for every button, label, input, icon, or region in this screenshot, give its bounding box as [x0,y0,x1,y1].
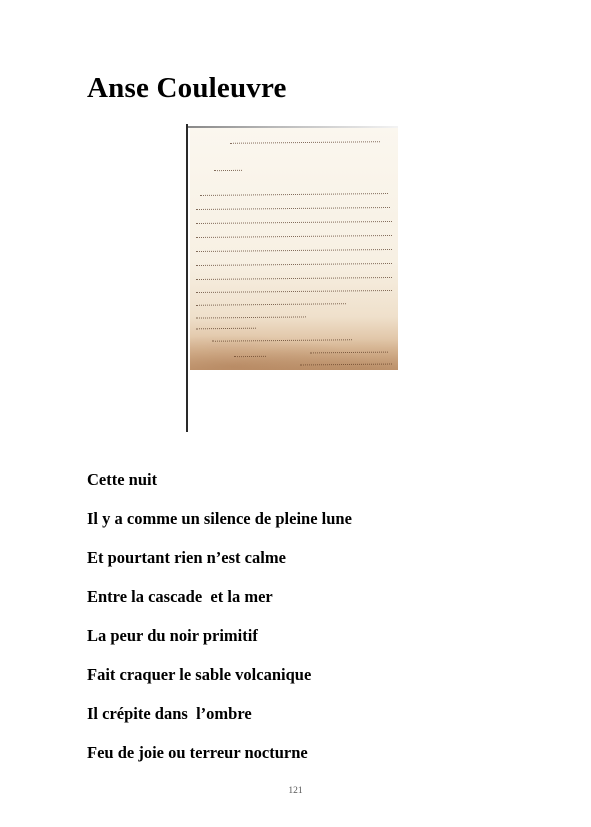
letter-text-line [196,290,392,294]
letter-salutation-stroke [214,170,242,172]
letter-closing-line [310,352,388,355]
poem-line: Cette nuit [87,470,352,509]
page-title: Anse Couleuvre [87,68,287,108]
page-number: 121 [0,786,591,796]
poem-line: Entre la cascade et la mer [87,587,352,626]
image-top-edge [188,126,398,128]
poem-line: Feu de joie ou terreur nocturne [87,743,352,782]
letter-closing-monsieur [234,356,266,358]
letter-paper [190,128,398,370]
letter-closing-line [212,339,352,342]
letter-text-line [196,263,392,267]
letter-text-line [196,316,306,319]
poem-line: Il y a comme un silence de pleine lune [87,509,352,548]
letter-text-line [196,328,256,331]
poem-line: Et pourtant rien n’est calme [87,548,352,587]
letter-dateline [230,141,380,145]
image-left-border [186,124,188,432]
letter-text-line [196,249,392,253]
letter-text-line [196,221,392,225]
poem-line: Fait craquer le sable volcanique [87,665,352,704]
poem-line: La peur du noir primitif [87,626,352,665]
letter-text-line [200,193,388,197]
poem-line: Il crépite dans l’ombre [87,704,352,743]
letter-text-line [196,303,346,307]
letter-text-line [196,277,392,281]
poem: Cette nuit Il y a comme un silence de pl… [87,470,352,782]
letter-signature [300,364,392,367]
letter-text-line [196,235,392,239]
letter-text-line [196,207,390,211]
letter-scan-image [186,124,404,432]
